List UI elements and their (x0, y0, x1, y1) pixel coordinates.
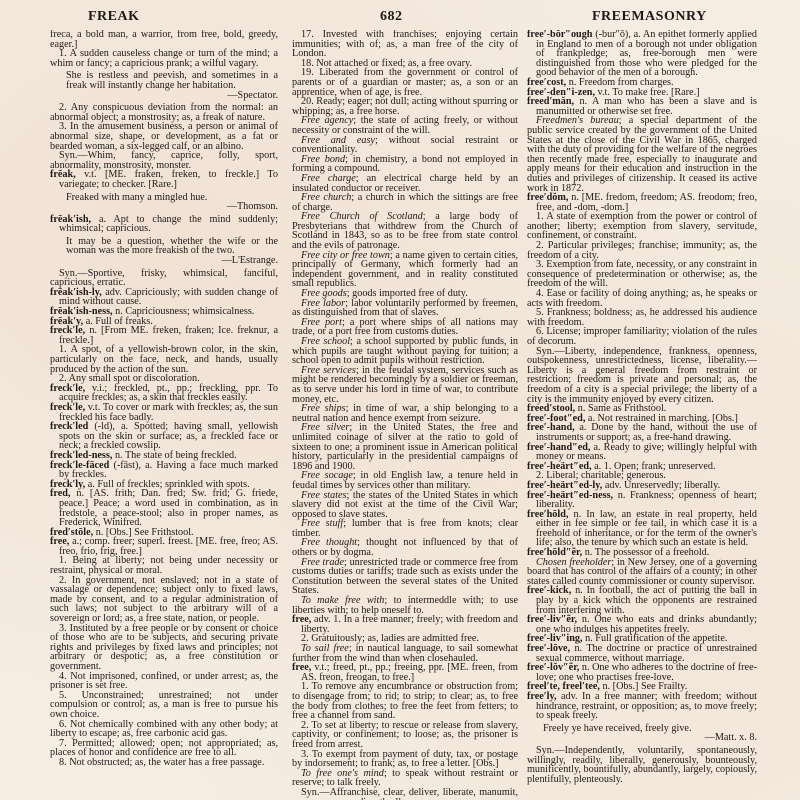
phrase-entry: To free one's mind; to speak without res… (292, 769, 518, 788)
phrase-entry: Free states; the states of the United St… (292, 491, 518, 520)
entry-definition: a. Apt to change the mind suddenly; whim… (59, 214, 278, 235)
entry-definition: (-ld), a. Spotted; having small, yellowi… (59, 421, 278, 451)
left-guide-word: FREAK (88, 9, 140, 25)
entry-definition: adv. 1. In a free manner; freely; with f… (301, 614, 518, 635)
dictionary-entry: free′-hand″ed, a. Ready to give; willing… (527, 443, 757, 462)
phrase-entry: Free services; in the feudal system, ser… (292, 366, 518, 404)
phrase-definition: ; a special department of the public ser… (527, 115, 757, 193)
phrase-entry: Chosen freeholder; in New Jersey, one of… (527, 558, 757, 587)
dictionary-entry: free′-bŏr″ough (-bur″ō), a. An epithet f… (527, 30, 757, 78)
dictionary-entry: free′-liv″ẽr, n. One who eats and drinks… (527, 615, 757, 634)
definition-sense: 2. Any conspicuous deviation from the no… (50, 103, 278, 122)
definition-sense: 2. To set at liberty; to rescue or relea… (292, 721, 518, 750)
phrase-entry: Free labor; labor voluntarily performed … (292, 299, 518, 318)
column-right: free′-bŏr″ough (-bur″ō), a. An epithet f… (527, 30, 757, 800)
definition-sense: 8. Not obstructed; as, the water has a f… (50, 758, 278, 768)
definition-sense: 3. In the amusement business, a person o… (50, 122, 278, 151)
dictionary-entry: frēak, v.t. [ME. fraken, freken, to frec… (50, 170, 278, 189)
phrase-entry: Free and easy; without social restraint … (292, 136, 518, 155)
dictionary-page: FREAK 682 FREEMASONRY freca, a bold man,… (0, 0, 800, 800)
dictionary-entry: freck′le, v.i.; freckled, pt., pp.; frec… (50, 384, 278, 403)
dictionary-entry: free′-heärt″ed-ness, n. Frankness; openn… (527, 491, 757, 510)
column-left: freca, a bold man, a warrior, from free,… (50, 30, 278, 800)
phrase-entry: Free socage; in old English law, a tenur… (292, 471, 518, 490)
dictionary-entry: free′-kick, n. In football, the act of p… (527, 586, 757, 615)
entry-definition: n. [AS. frith; Dan. fred; Sw. frid; G. f… (59, 488, 278, 528)
dictionary-entry: free′-hand, a. Done by the hand, without… (527, 423, 757, 442)
dictionary-entry: freck′le-fāced (-fāst), a. Having a face… (50, 461, 278, 480)
definition-sense: 7. Permitted; allowed; open; not appropr… (50, 739, 278, 758)
definition-sense: 1. Being at liberty; not being under nec… (50, 556, 278, 575)
citation-quote: Freaked with many a mingled hue.—Thomson… (50, 193, 278, 212)
dictionary-entry: frēak′ish-ly, adv. Capriciously; with su… (50, 288, 278, 307)
phrase-entry: Free city or free town; a name given to … (292, 251, 518, 289)
citation-quote: She is restless and peevish, and sometim… (50, 71, 278, 100)
definition-sense: 6. License; improper familiarity; violat… (527, 327, 757, 346)
entry-definition: n. [ME. fredom, freedom; AS. freodom; fr… (536, 192, 757, 213)
definition-sense: 1. A sudden causeless change or turn of … (50, 49, 278, 68)
definition-sense: 4. Not imprisoned, confined, or under ar… (50, 672, 278, 691)
entry-definition: n. In law, an estate in real property, h… (536, 509, 757, 549)
definition-sense: 4. Ease or facility of doing anything; a… (527, 289, 757, 308)
phrase-entry: Free silver; in the United States, the f… (292, 423, 518, 471)
dictionary-entry: freck′le, v.t. To cover or mark with fre… (50, 403, 278, 422)
definition-sense: 3. Instituted by a free people or by con… (50, 624, 278, 672)
phrase-entry: Free charge; an electrical charge held b… (292, 174, 518, 193)
phrase-entry: Free school; a school supported by publi… (292, 337, 518, 366)
dictionary-entry: freck′led (-ld), a. Spotted; having smal… (50, 422, 278, 451)
phrase-entry: Free stuff; lumber that is free from kno… (292, 519, 518, 538)
quote-text: It may be a question, whether the wife o… (66, 236, 278, 257)
phrase-entry: To make free with; to intermeddle with; … (292, 596, 518, 615)
right-guide-word: FREEMASONRY (592, 9, 707, 25)
phrase-entry: Free port; a port where ships of all nat… (292, 318, 518, 337)
dictionary-entry: free, a.; comp. freer; superl. freest. [… (50, 537, 278, 556)
dictionary-entry: free′dŏm, n. [ME. fredom, freedom; AS. f… (527, 193, 757, 212)
quote-text: She is restless and peevish, and sometim… (66, 70, 278, 91)
definition-sense: 3. Exemption from fate, necessity, or an… (527, 260, 757, 289)
quote-source: —Thomson. (66, 202, 278, 212)
quote-source: —Spectator. (66, 91, 278, 101)
phrase-entry: Free trade; unrestricted trade or commer… (292, 558, 518, 596)
citation-quote: It may be a question, whether the wife o… (50, 237, 278, 266)
dictionary-entry: free′-lŏv″ẽr, n. One who adheres to the … (527, 663, 757, 682)
quote-source: —L'Estrange. (66, 256, 278, 266)
dictionary-entry: freck′le, n. [From ME. freken, fraken; I… (50, 326, 278, 345)
dictionary-entry: freed′măn, n. A man who has been a slave… (527, 97, 757, 116)
definition-sense: 17. Invested with franchises; enjoying c… (292, 30, 518, 59)
phrase-entry: To sail free; in nautical language, to s… (292, 644, 518, 663)
phrase-entry: Free Church of Scotland; a large body of… (292, 212, 518, 250)
phrase-entry: Free agency; the state of acting freely,… (292, 116, 518, 135)
definition-sense: 5. Frankness; boldness; as, he addressed… (527, 308, 757, 327)
phrase-entry: Free thought; thought not influenced by … (292, 538, 518, 557)
entry-continuation: freca, a bold man, a warrior, from free,… (50, 30, 278, 49)
definition-sense: Syn.—Liberty, independence, frankness, o… (527, 347, 757, 405)
dictionary-entry: free′-lōve, n. The doctrine or practice … (527, 644, 757, 663)
page-header: FREAK 682 FREEMASONRY (0, 9, 800, 25)
phrase-entry: Free church; a church in which the sitti… (292, 193, 518, 212)
phrase-entry: Freedmen's bureau; a special department … (527, 116, 757, 193)
definition-sense: Syn.—Sportive, frisky, whimsical, fancif… (50, 269, 278, 288)
entry-definition: v.t. To cover or mark with freckles; as,… (59, 402, 278, 423)
definition-sense: Syn.—Affranchise, clear, deliver, libera… (292, 788, 518, 800)
definition-sense: Syn.—Independently, voluntarily, spontan… (527, 746, 757, 784)
dictionary-entry: free′hōld, n. In law, an estate in real … (527, 510, 757, 548)
quote-text: Freaked with many a mingled hue. (66, 192, 207, 203)
definition-sense: 5. Unconstrained; unrestrained; not unde… (50, 691, 278, 720)
definition-sense: 1. To remove any encumbrance or obstruct… (292, 682, 518, 720)
definition-sense: 6. Not chemically combined with any othe… (50, 720, 278, 739)
definition-sense: 2. Particular privileges; franchise; imm… (527, 241, 757, 260)
column-middle: 17. Invested with franchises; enjoying c… (292, 30, 518, 800)
entry-definition: v.t.; freed, pt., pp.; freeing, ppr. [ME… (301, 662, 518, 683)
entry-definition: n. The doctrine or practice of unrestrai… (536, 643, 757, 664)
definition-sense: Syn.—Whim, fancy, caprice, folly, sport,… (50, 151, 278, 170)
definition-sense: 2. In government, not enslaved; not in a… (50, 576, 278, 624)
definition-sense: 20. Ready; eager; not dull; acting witho… (292, 97, 518, 116)
dictionary-entry: free′ly, adv. In a free manner; with fre… (527, 692, 757, 721)
citation-quote: Freely ye have received, freely give.—Ma… (527, 724, 757, 743)
entry-definition: v.t. [ME. fraken, freken, to freckle.] T… (59, 169, 278, 190)
phrase-entry: Free ships; in time of war, a ship belon… (292, 404, 518, 423)
page-number: 682 (380, 9, 403, 25)
phrase-entry: Free bond; in chemistry, a bond not empl… (292, 155, 518, 174)
definition-sense: 3. To exempt from payment of duty, tax, … (292, 750, 518, 769)
dictionary-entry: frēak′ish, a. Apt to change the mind sud… (50, 215, 278, 234)
definition-sense: 1. A spot, of a yellowish-brown color, i… (50, 345, 278, 374)
definition-sense: 19. Liberated from the government or con… (292, 68, 518, 97)
quote-text: Freely ye have received, freely give. (543, 723, 692, 734)
entry-definition: n. [From ME. freken, fraken; Ice. freknu… (59, 325, 278, 346)
dictionary-entry: fred, n. [AS. frith; Dan. fred; Sw. frid… (50, 489, 278, 527)
definition-sense: 1. A state of exemption from the power o… (527, 212, 757, 241)
entry-definition: adv. In a free manner; with freedom; wit… (536, 691, 757, 721)
dictionary-entry: free, adv. 1. In a free manner; freely; … (292, 615, 518, 634)
entry-definition: a.; comp. freer; superl. freest. [ME. fr… (59, 536, 278, 557)
quote-source: —Matt. x. 8. (543, 733, 757, 743)
dictionary-entry: free, v.t.; freed, pt., pp.; freeing, pp… (292, 663, 518, 682)
entry-definition: v.i.; freckled, pt., pp.; freckling, ppr… (59, 383, 278, 404)
